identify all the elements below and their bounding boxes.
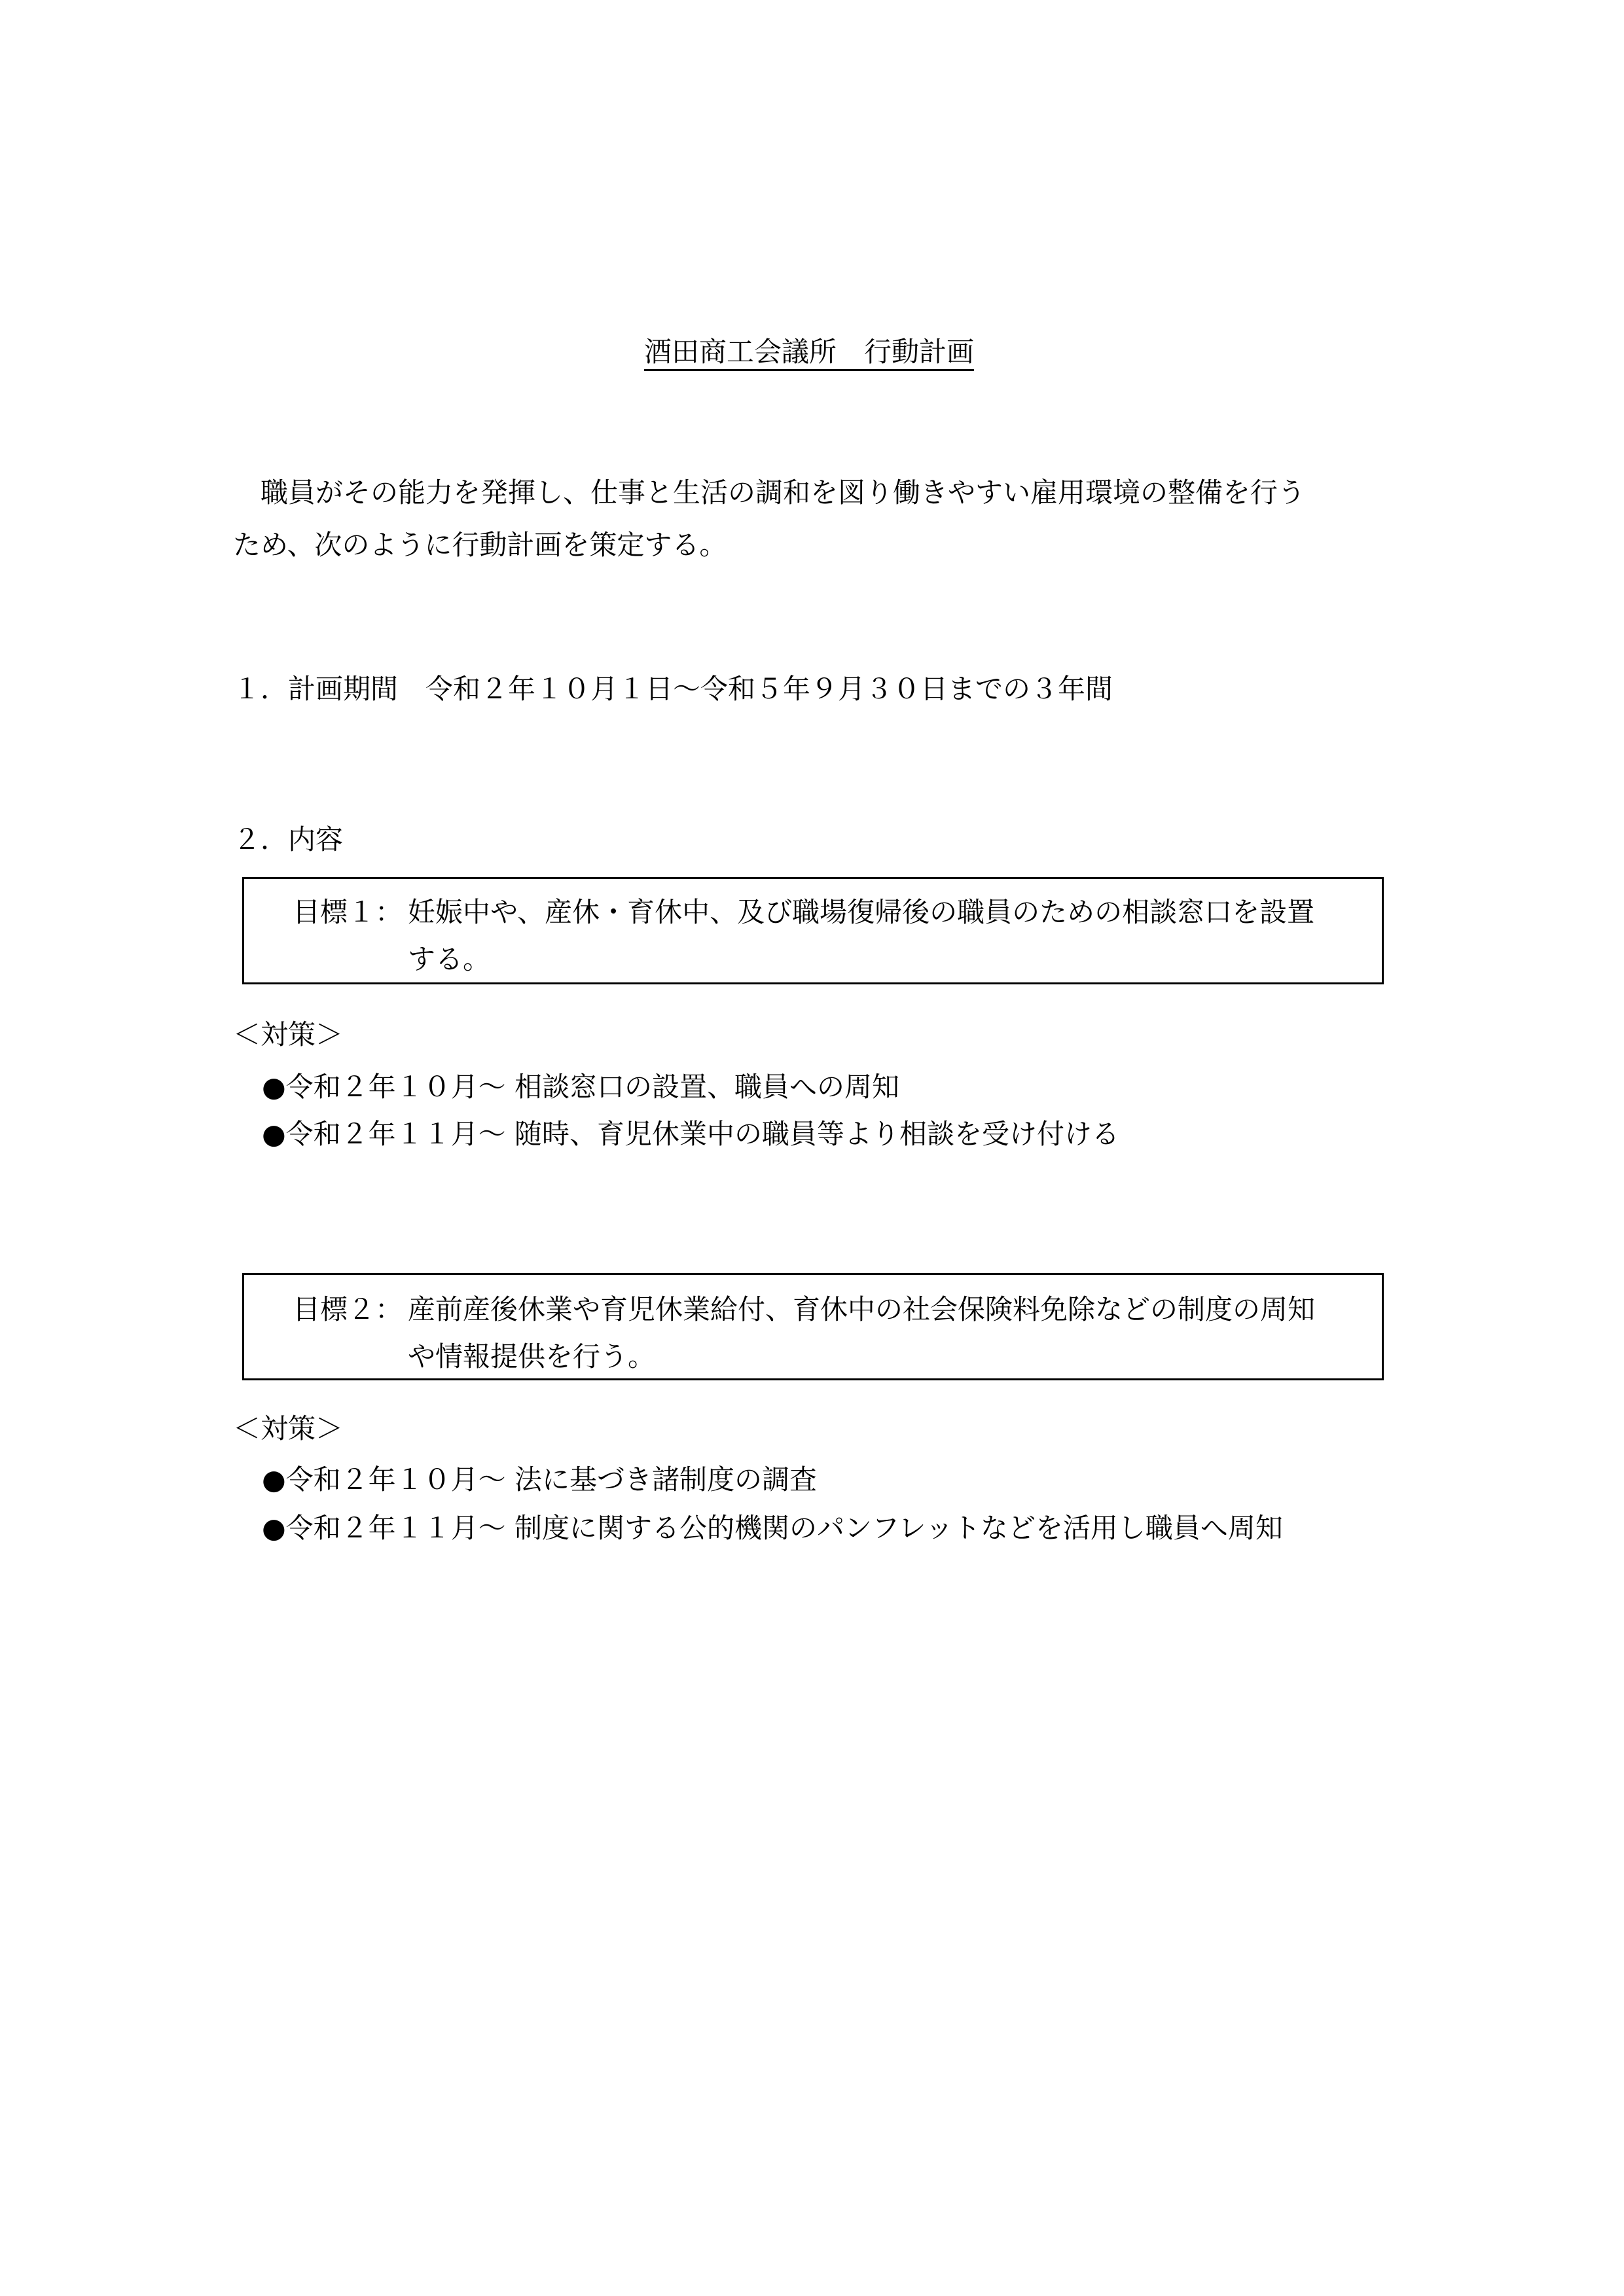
goal-2-text-line-1: 産前産後休業や育児休業給付、育休中の社会保険料免除などの制度の周知 [408, 1288, 1315, 1327]
goal-1-box: 目標１： 妊娠中や、産休・育休中、及び職場復帰後の職員のための相談窓口を設置 す… [242, 877, 1384, 984]
goal-1-text-line-2: する。 [408, 938, 490, 977]
goal-1-text-line-1: 妊娠中や、産休・育休中、及び職場復帰後の職員のための相談窓口を設置 [408, 891, 1314, 930]
intro-line-1: 職員がその能力を発揮し、仕事と生活の調和を図り働きやすい雇用環境の整備を行う [233, 479, 1305, 507]
goal-2-label: 目標２： [293, 1288, 403, 1327]
goal-2-measures-heading: ＜対策＞ [233, 1415, 343, 1443]
document-title: 酒田商工会議所 行動計画 [644, 331, 974, 370]
intro-line-2: ため、次のように行動計画を策定する。 [233, 531, 727, 559]
goal-1-measure-2: ●令和２年１１月～ 随時、育児休業中の職員等より相談を受け付ける [262, 1121, 1119, 1148]
goal-2-measure-1: ●令和２年１０月～ 法に基づき諸制度の調査 [262, 1466, 817, 1494]
goal-1-measures-heading: ＜対策＞ [233, 1021, 343, 1049]
goal-2-text-line-2: や情報提供を行う。 [408, 1335, 655, 1374]
goal-1-label: 目標１： [293, 891, 403, 930]
goal-1-measure-1: ●令和２年１０月～ 相談窓口の設置、職員への周知 [262, 1073, 899, 1101]
goal-2-measure-2: ●令和２年１１月～ 制度に関する公的機関のパンフレットなどを活用し職員へ周知 [262, 1515, 1283, 1542]
goal-2-box: 目標２： 産前産後休業や育児休業給付、育休中の社会保険料免除などの制度の周知 や… [242, 1273, 1384, 1380]
plan-period-heading: １．計画期間 令和２年１０月１日～令和５年９月３０日までの３年間 [233, 675, 1113, 703]
content-heading: ２．内容 [233, 826, 343, 853]
